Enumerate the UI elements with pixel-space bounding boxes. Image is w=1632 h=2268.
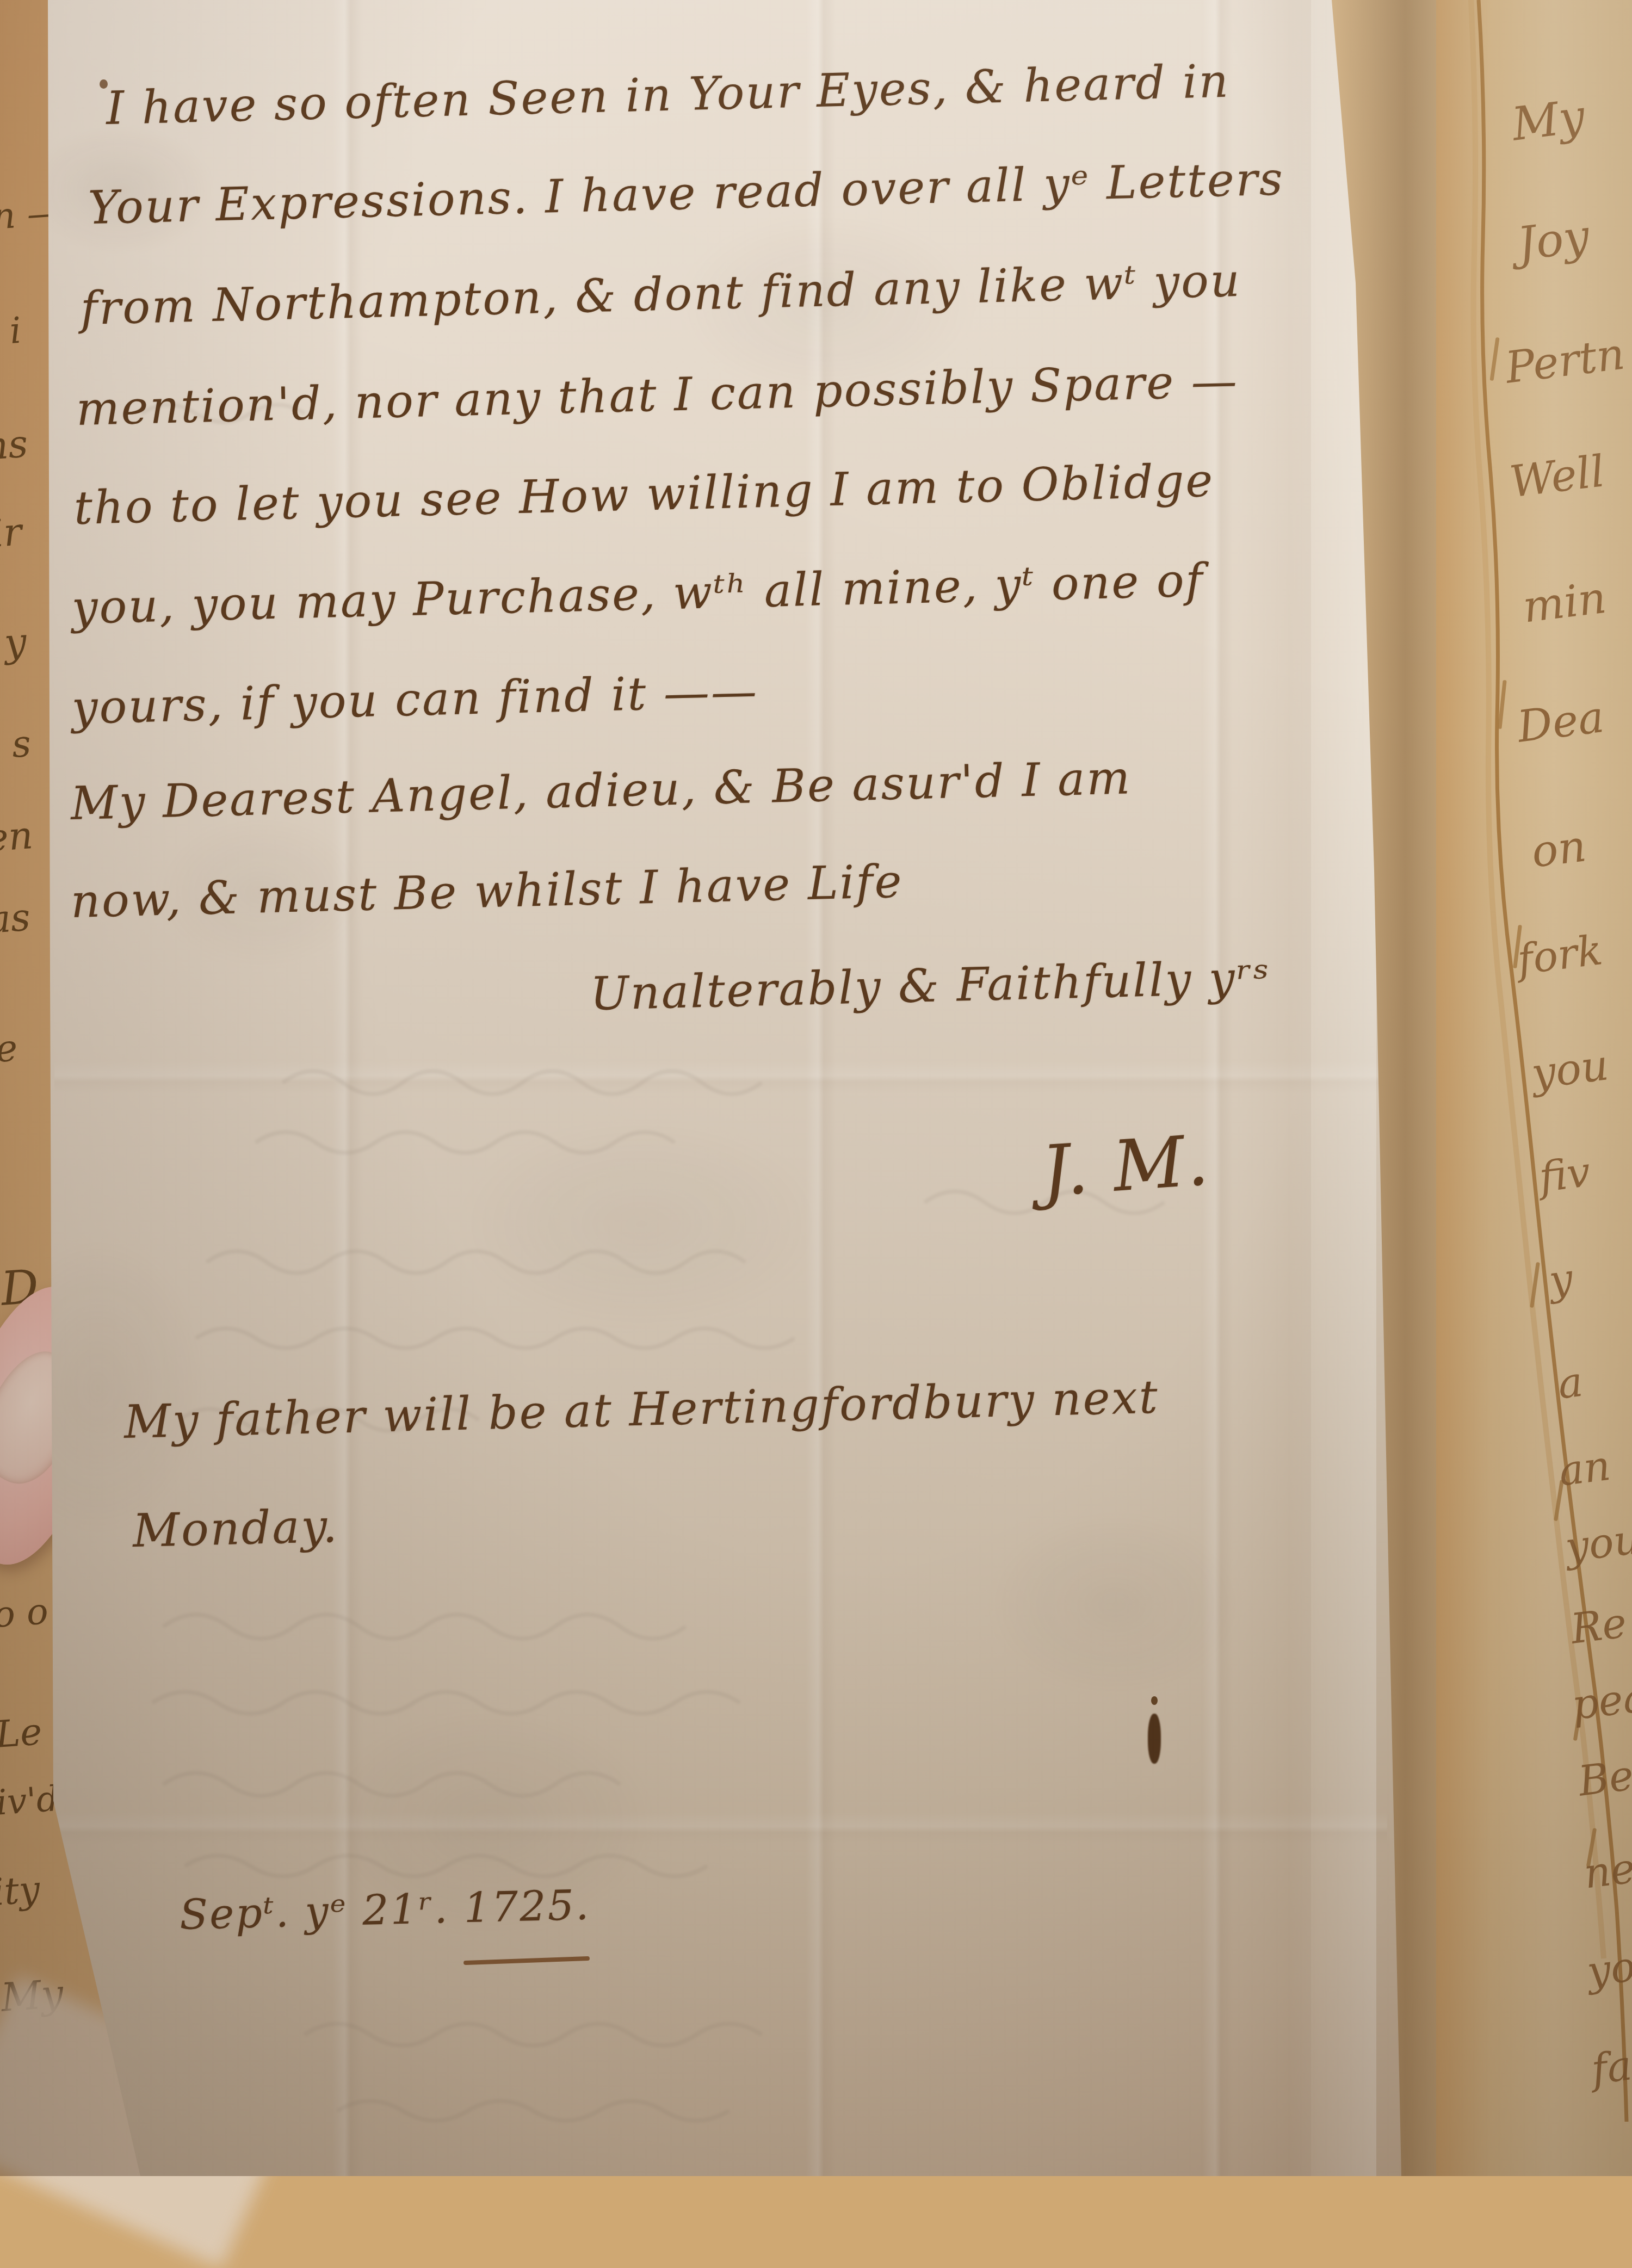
letter-line: now, & must Be whilst I have Life <box>70 855 904 928</box>
right-page-text-fragment: Joy <box>1514 209 1592 270</box>
manuscript-photo: n — i ns ir y s en as e D o o Le siv'd i… <box>0 0 1632 2176</box>
right-page-text-fragment: Beo <box>1576 1747 1632 1805</box>
right-page-text-fragment: ne <box>1581 1844 1632 1898</box>
letter-sheet: I have so often Seen in Your Eyes, & hea… <box>0 0 1632 2176</box>
letter-line: mention'd, nor any that I can possibly S… <box>76 354 1239 436</box>
fold-crease <box>1202 0 1233 2176</box>
left-page-text-fragment: s <box>10 722 32 767</box>
date-underline <box>463 1956 590 1965</box>
left-page-text-fragment: siv'd <box>0 1779 60 1825</box>
fold-crease <box>805 0 836 2176</box>
left-page-text-fragment: o o <box>0 1590 50 1636</box>
left-page-text-fragment: ity <box>0 1868 41 1914</box>
right-page-text-fragment: on <box>1529 820 1588 877</box>
right-page-text-fragment: pea <box>1569 1672 1632 1729</box>
page-edge-mark <box>1530 1262 1540 1308</box>
letter-line: My Dearest Angel, adieu, & Be asur'd I a… <box>70 751 1132 830</box>
letter-date: Sepᵗ. yᵉ 21ʳ. 1725. <box>179 1881 591 1939</box>
right-page-text-fragment: fa <box>1589 2041 1632 2093</box>
fold-crease <box>54 1812 1387 1844</box>
letter-closing: Unalterably & Faithfully yʳˢ <box>590 950 1271 1021</box>
right-page-text-fragment: yo <box>1585 1942 1632 1996</box>
curled-edge-highlight <box>1289 0 1376 2176</box>
letter-postscript-line: Monday. <box>132 1499 339 1558</box>
right-page-text-fragment: My <box>1509 89 1587 151</box>
letter-line: yours, if you can find it —— <box>71 664 759 734</box>
right-page-text-fragment: min <box>1520 572 1609 633</box>
left-page-text-fragment: en <box>0 813 34 861</box>
right-page-text-fragment: fork <box>1515 925 1605 984</box>
left-page-text-fragment: y <box>3 619 28 666</box>
right-page-text-fragment: Dea <box>1514 691 1606 752</box>
letter-line: I have so often Seen in Your Eyes, & hea… <box>106 54 1231 135</box>
left-page-text-fragment: e <box>0 1027 19 1071</box>
right-page-text-fragment: you <box>1529 1041 1611 1099</box>
page-edge-mark <box>1498 680 1506 729</box>
ink-blot-dot <box>1151 1696 1158 1705</box>
left-page-text-fragment: ns <box>0 421 29 468</box>
right-page-text-fragment: fiv <box>1537 1147 1593 1202</box>
ink-blot <box>1148 1714 1161 1764</box>
right-book-page: My Joy Pertn Well min Dea on fork fork y… <box>1436 0 1632 2176</box>
fold-crease <box>54 1061 1387 1093</box>
curled-edge-shadow <box>1240 0 1311 2176</box>
letter-line: Your Expressions. I have read over all y… <box>88 152 1285 234</box>
right-page-text-fragment: a <box>1555 1357 1586 1408</box>
left-page-text-fragment: i <box>8 310 22 352</box>
left-page-text-fragment: Le <box>0 1710 44 1757</box>
left-page-text-fragment: My <box>0 1970 65 2020</box>
letter-line: from Northampton, & dont find any like w… <box>80 254 1242 335</box>
left-page-text-fragment: as <box>0 895 32 942</box>
right-page-text-fragment: Pertn <box>1503 329 1627 393</box>
right-page-text-fragment: an <box>1556 1441 1613 1495</box>
left-page-text-fragment: ir <box>0 509 23 556</box>
ink-speck <box>100 79 108 89</box>
letter-signature: J. M. <box>1039 1120 1213 1213</box>
letter-postscript-line: My father will be at Hertingfordbury nex… <box>123 1370 1160 1449</box>
page-edge-mark <box>1489 337 1499 381</box>
letter-line: tho to let you see How willing I am to O… <box>73 454 1215 535</box>
right-page-text-fragment: you <box>1563 1515 1632 1572</box>
right-page-text-fragment: y <box>1547 1254 1575 1305</box>
right-page-text-fragment: Well <box>1507 446 1607 508</box>
right-page-text-fragment: Re <box>1568 1598 1629 1653</box>
letter-line: you, you may Purchase, wᵗʰ all mine, yᵗ … <box>71 553 1205 634</box>
